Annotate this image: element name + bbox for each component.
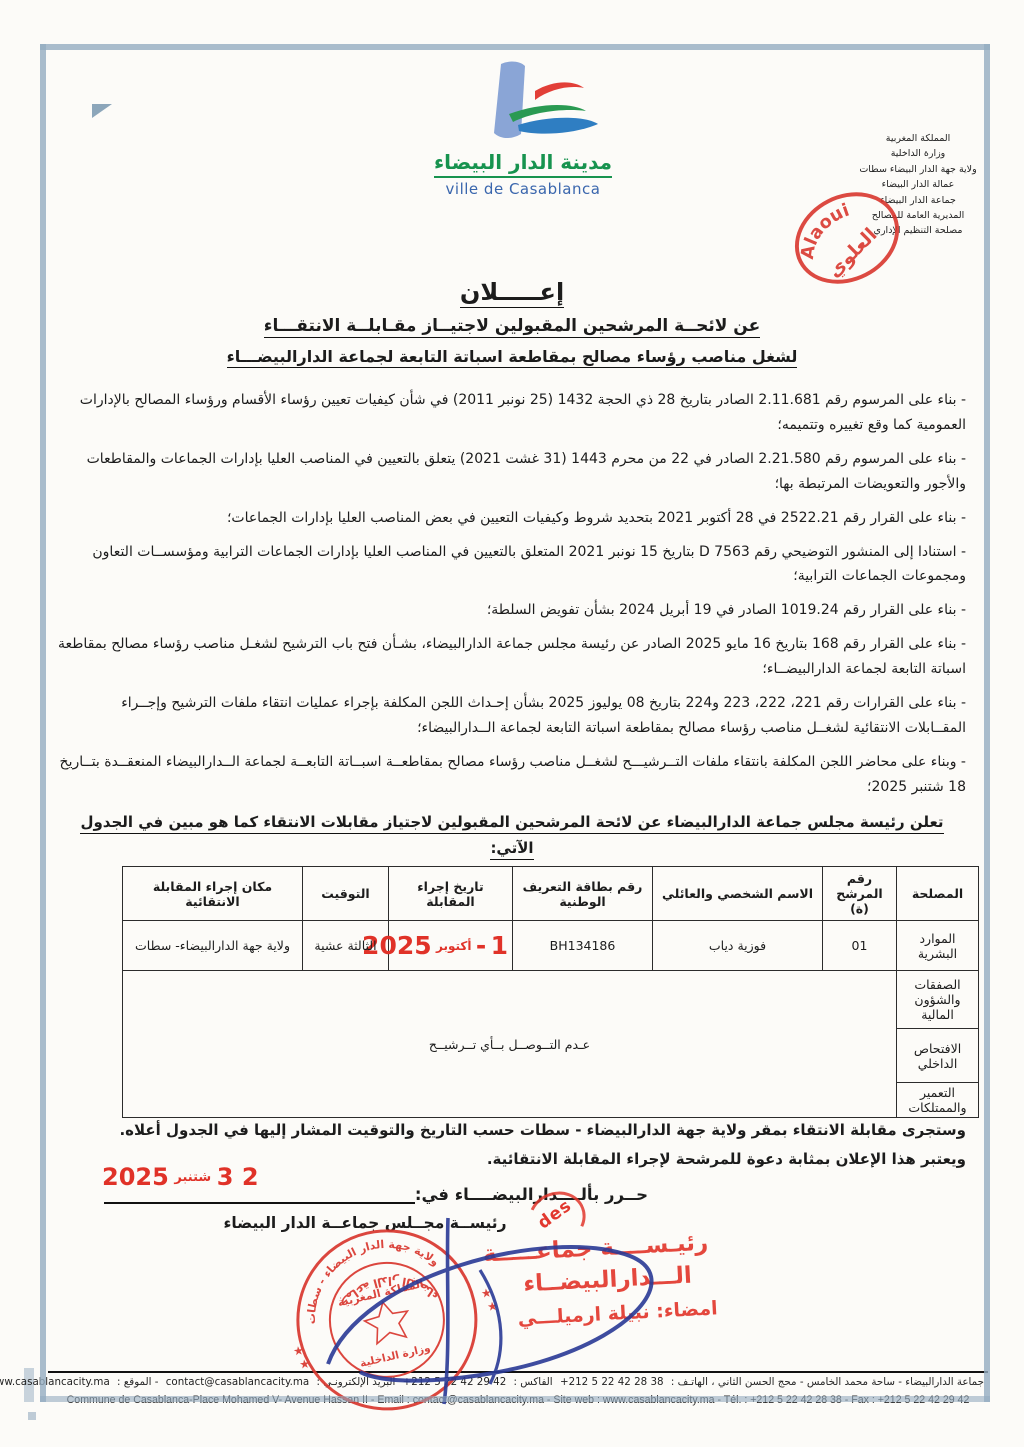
col-date: تاريخ إجراء المقابلة [389, 867, 513, 921]
cell-name: فوزية دياب [653, 921, 823, 971]
col-id-card: رقم بطاقة التعريف الوطنية [513, 867, 653, 921]
admin-line: المملكة المغربية [848, 131, 988, 146]
col-name: الاسم الشخصي والعائلي [653, 867, 823, 921]
legal-paragraph: - بناء على القرار رقم 168 بتاريخ 16 مايو… [58, 632, 966, 682]
frame-border-right [984, 44, 990, 1402]
legal-paragraph: - بناء على القرار رقم 1019.24 الصادر في … [58, 598, 966, 623]
legal-paragraph: - استنادا إلى المنشور التوضيحي رقم D 756… [58, 540, 966, 590]
legal-paragraph: - بناء على القرار رقم 2522.21 في 28 أكتو… [58, 506, 966, 531]
col-time: التوقيت [303, 867, 389, 921]
legal-paragraph: - بناء على القرارات رقم 221، 222، 223 و2… [58, 691, 966, 741]
legal-paragraph: - بناء على المرسوم رقم 2.21.580 الصادر ف… [58, 447, 966, 497]
announcement-intro-line: تعلن رئيسة مجلس جماعة الدارالبيضاء عن لا… [58, 809, 966, 862]
city-logo: مدينة الدار البيضاء ville de Casablanca [408, 58, 638, 198]
cell-service: الموارد البشرية [897, 921, 979, 971]
legal-basis-paragraphs: - بناء على المرسوم رقم 2.11.681 الصادر ب… [58, 388, 966, 862]
cell-service: التعمير والممتلكات [897, 1083, 979, 1118]
document-page: مدينة الدار البيضاء ville de Casablanca … [0, 0, 1024, 1447]
table-header-row: المصلحة رقم المرشح (ة) الاسم الشخصي والع… [123, 867, 979, 921]
announcement-title-block: إعـــــلان عن لائحــة المرشحين المقبولين… [60, 278, 964, 366]
legal-paragraph: - بناء على المرسوم رقم 2.11.681 الصادر ب… [58, 388, 966, 438]
col-place: مكان إجراء المقابلة الانتقائية [123, 867, 303, 921]
title-sub2: لشغل مناصب رؤساء مصالح بمقاطعة اسباتة ال… [60, 347, 964, 366]
logo-arabic-name: مدينة الدار البيضاء [434, 150, 612, 178]
no-candidacy-cell: عـدم التــوصــل بــأي تــرشيــح [123, 971, 897, 1118]
title-sub1: عن لائحــة المرشحين المقبولين لاجتيــاز … [60, 316, 964, 336]
cell-candidate-no: 01 [823, 921, 897, 971]
col-service: المصلحة [897, 867, 979, 921]
scan-artifact-triangle [92, 104, 112, 118]
logo-latin-name: ville de Casablanca [408, 180, 638, 198]
cell-service: الافتحاص الداخلي [897, 1029, 979, 1083]
frame-border-left [40, 44, 46, 1402]
admin-line: وزارة الداخلية [848, 146, 988, 161]
closing-line-1: وستجرى مقابلة الانتقاء بمقر ولاية جهة ال… [103, 1116, 966, 1145]
candidates-table: المصلحة رقم المرشح (ة) الاسم الشخصي والع… [122, 866, 979, 1118]
frame-border-top [40, 44, 990, 50]
handwritten-signature-icon [298, 1212, 698, 1407]
cell-date-stamp: 1 - أكتوبر 2025 [389, 921, 513, 971]
cell-time: الثالثة عشية [303, 921, 389, 971]
footer-site: www.casablancacity.ma [0, 1376, 110, 1388]
col-candidate-no: رقم المرشح (ة) [823, 867, 897, 921]
title-main: إعـــــلان [60, 278, 964, 306]
legal-paragraph: - وبناء على محاضر اللجن المكلفة بانتقاء … [58, 750, 966, 800]
cell-place: ولاية جهة الدارالبيضاء- سطات [123, 921, 303, 971]
cell-service: الصفقات والشؤون المالية [897, 971, 979, 1029]
table-row: الموارد البشرية 01 فوزية دياب BH134186 1… [123, 921, 979, 971]
scan-artifact-dot [28, 1412, 36, 1420]
table-row: الصفقات والشؤون المالية عـدم التــوصــل … [123, 971, 979, 1029]
issued-date-stamp: 2 3 شتنبر 2025 [102, 1163, 259, 1191]
cell-id-card: BH134186 [513, 921, 653, 971]
alaoui-stamp-arabic: العلوي [824, 224, 882, 282]
city-logo-icon [423, 58, 623, 150]
